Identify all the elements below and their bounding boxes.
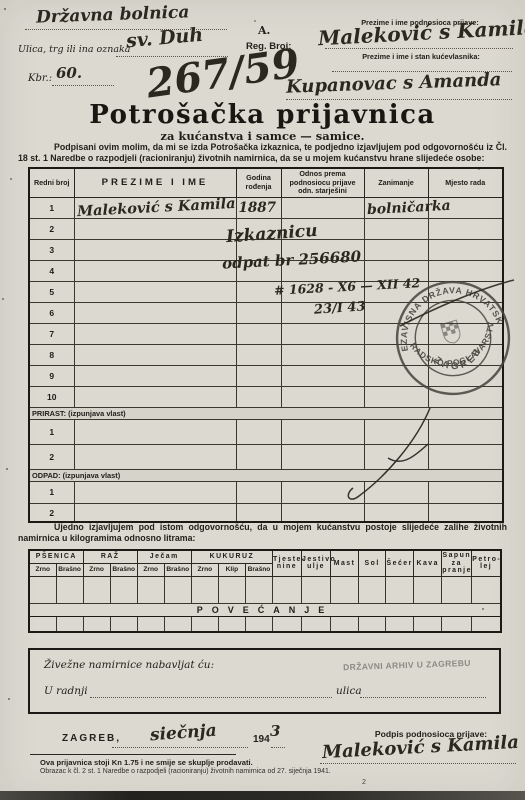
cell-num: 6: [29, 302, 74, 323]
street2-label: ulica: [336, 685, 362, 697]
col-header-year: Godina rođenja: [236, 168, 281, 197]
cell-name: [74, 323, 236, 344]
cell-year: [236, 344, 281, 365]
sub-brasno: Brašno: [56, 563, 83, 576]
col-secer: Šećer: [386, 550, 414, 576]
shop-line: [90, 697, 332, 698]
sub-brasno: Brašno: [164, 563, 191, 576]
qty-cell: [359, 616, 386, 632]
cell-num: 1: [29, 197, 74, 218]
group-jecam: Ječam: [137, 550, 191, 563]
povecanje-band: POVEĆANJE: [29, 603, 501, 616]
shop-label: U radnji: [44, 685, 88, 697]
col-tjestenine: Tjeste-nine: [272, 550, 301, 576]
qty-cell: [137, 616, 164, 632]
cell-num: 9: [29, 365, 74, 386]
cell-year: [236, 444, 281, 469]
purchase-intro: Živežne namirnice nabavljat ću:: [44, 659, 214, 671]
cell-year: [236, 386, 281, 407]
col-header-workplace: Mjesto rada: [428, 168, 503, 197]
cell-name: Maleković s Kamila: [74, 197, 236, 218]
cell-num: 1: [29, 419, 74, 444]
qty-cell: [164, 576, 191, 603]
qty-cell: [414, 616, 442, 632]
qty-cell: [442, 576, 472, 603]
cell-year: 1887: [236, 197, 281, 218]
archive-stamp: DRŽAVNI ARHIV U ZAGREBU: [322, 657, 492, 673]
cell-name: [74, 239, 236, 260]
cell-num: 2: [29, 503, 74, 522]
supplies-value-row-1: [29, 576, 501, 603]
qty-cell: [137, 576, 164, 603]
institution-field: Državna bolnica: [36, 2, 190, 27]
cell-relation: [281, 197, 364, 218]
col-header-occupation: Zanimanje: [364, 168, 428, 197]
qty-cell: [83, 616, 110, 632]
cell-name: [74, 503, 236, 522]
cell-num: 2: [29, 444, 74, 469]
supplies-paragraph: Ujedno izjavljujem pod istom odgovornošć…: [18, 522, 507, 544]
qty-cell: [56, 576, 83, 603]
qty-cell: [245, 616, 272, 632]
scan-edge-artifact: [0, 791, 525, 800]
cell-relation: [281, 323, 364, 344]
qty-cell: [191, 616, 218, 632]
qty-cell: [245, 576, 272, 603]
cell-year: [236, 323, 281, 344]
cell-name: [74, 281, 236, 302]
landlord-field: Kupanovac s Amanda: [286, 69, 502, 98]
form-subtitle: za kućanstva i samce — samice.: [0, 129, 525, 143]
qty-cell: [414, 576, 442, 603]
cell-name: [74, 260, 236, 281]
qty-cell: [472, 616, 501, 632]
qty-cell: [83, 576, 110, 603]
qty-cell: [472, 576, 501, 603]
year-printed: 194: [253, 734, 270, 745]
cell-occupation: [364, 239, 428, 260]
member-name-entry: Maleković s Kamila: [76, 195, 235, 220]
footer-form-note: Obrazac k čl. 2 st. 1 Naredbe o razpodje…: [40, 768, 331, 775]
cell-num: 2: [29, 218, 74, 239]
page-mark: 2: [362, 779, 366, 786]
sub-zrno: Zrno: [29, 563, 56, 576]
cell-name: [74, 481, 236, 503]
cell-year: [236, 365, 281, 386]
cell-name: [74, 365, 236, 386]
footer-rule: [30, 754, 236, 755]
sub-klip: Klip: [218, 563, 245, 576]
col-petrolej: Petro-lej: [472, 550, 501, 576]
col-jestivo-ulje: Jestivo ulje: [302, 550, 331, 576]
qty-cell: [218, 616, 245, 632]
section-letter: A.: [258, 24, 270, 37]
cell-relation: [281, 365, 364, 386]
qty-cell: [110, 576, 137, 603]
col-header-relation: Odnos prema podnosiocu prijave odn. star…: [281, 168, 364, 197]
cell-name: [74, 419, 236, 444]
qty-cell: [386, 576, 414, 603]
qty-cell: [110, 616, 137, 632]
member-year-entry: 1887: [239, 200, 277, 216]
qty-cell: [218, 576, 245, 603]
cell-year: [236, 302, 281, 323]
cell-name: [74, 386, 236, 407]
month-line: [112, 747, 248, 748]
group-kukuruz: KUKURUZ: [191, 550, 272, 563]
pen-stroke-over-stamp: [398, 276, 516, 332]
street2-line: [360, 697, 486, 698]
povecanje-label: POVEĆANJE: [29, 603, 501, 616]
paper-specks: [4, 8, 6, 10]
purchase-box: Živežne namirnice nabavljat ću: U radnji…: [28, 648, 501, 714]
cell-num: 3: [29, 239, 74, 260]
cell-year: [236, 419, 281, 444]
form-title: Potrošačka prijavnica: [0, 100, 525, 130]
cell-year: [236, 481, 281, 503]
col-sapun: Sapun za pranje: [442, 550, 472, 576]
kbr-label: Kbr.:: [28, 73, 52, 84]
qty-cell: [29, 576, 56, 603]
sub-zrno: Zrno: [83, 563, 110, 576]
signature-line: [320, 763, 516, 764]
group-psenica: PŠENICA: [29, 550, 83, 563]
year-line: [271, 747, 285, 748]
cell-occupation: bolničarka: [364, 197, 428, 218]
kbr-field: 60.: [56, 64, 82, 82]
sub-zrno: Zrno: [191, 563, 218, 576]
supplies-table: PŠENICA RAŽ Ječam KUKURUZ Tjeste-nine Je…: [28, 549, 502, 633]
cell-relation: [281, 344, 364, 365]
cell-name: [74, 218, 236, 239]
qty-cell: [386, 616, 414, 632]
col-header-name: PREZIME I IME: [74, 168, 236, 197]
qty-cell: [359, 576, 386, 603]
year-field: 3: [270, 722, 280, 740]
group-raz: RAŽ: [83, 550, 137, 563]
cell-num: 8: [29, 344, 74, 365]
qty-cell: [272, 576, 301, 603]
qty-cell: [331, 616, 359, 632]
pen-check-mark: [330, 406, 445, 508]
col-kava: Kava: [414, 550, 442, 576]
cell-num: 10: [29, 386, 74, 407]
applicant-line: [325, 48, 513, 49]
sub-brasno: Brašno: [245, 563, 272, 576]
cell-occupation: [364, 218, 428, 239]
cell-year: [236, 503, 281, 522]
cell-num: 4: [29, 260, 74, 281]
landlord-label: Prezime i ime i stan kućevlasnika:: [338, 52, 504, 61]
col-sol: Sol: [359, 550, 386, 576]
cell-workplace: [428, 239, 503, 260]
cell-num: 7: [29, 323, 74, 344]
cell-num: 5: [29, 281, 74, 302]
sub-zrno: Zrno: [137, 563, 164, 576]
qty-cell: [442, 616, 472, 632]
street-label: Ulica, trg ili ina oznaka: [18, 44, 130, 55]
qty-cell: [272, 616, 301, 632]
col-mast: Mast: [331, 550, 359, 576]
footer-price-note: Ova prijavnica stoji Kn 1.75 i ne smije …: [40, 758, 253, 767]
supplies-value-row-2: [29, 616, 501, 632]
street-field: sv. Duh: [125, 24, 204, 53]
qty-cell: [302, 616, 331, 632]
scanned-form-page: Državna bolnica Ulica, trg ili ina oznak…: [0, 0, 525, 800]
qty-cell: [331, 576, 359, 603]
declaration-paragraph: Podpisani ovim molim, da mi se izda Potr…: [18, 142, 507, 164]
qty-cell: [164, 616, 191, 632]
col-header-num: Redni broj: [29, 168, 74, 197]
kbr-line: [52, 85, 114, 86]
month-field: siečnja: [149, 721, 217, 746]
reg-number-field: 267/59: [143, 40, 302, 108]
cell-name: [74, 344, 236, 365]
city-label: ZAGREB,: [62, 733, 121, 744]
cell-name: [74, 302, 236, 323]
sub-brasno: Brašno: [110, 563, 137, 576]
cell-name: [74, 444, 236, 469]
qty-cell: [56, 616, 83, 632]
cell-relation: [281, 386, 364, 407]
cell-num: 1: [29, 481, 74, 503]
member-row-1: 1 Maleković s Kamila 1887 bolničarka: [29, 197, 503, 218]
cell-workplace: [428, 218, 503, 239]
qty-cell: [302, 576, 331, 603]
qty-cell: [29, 616, 56, 632]
qty-cell: [191, 576, 218, 603]
